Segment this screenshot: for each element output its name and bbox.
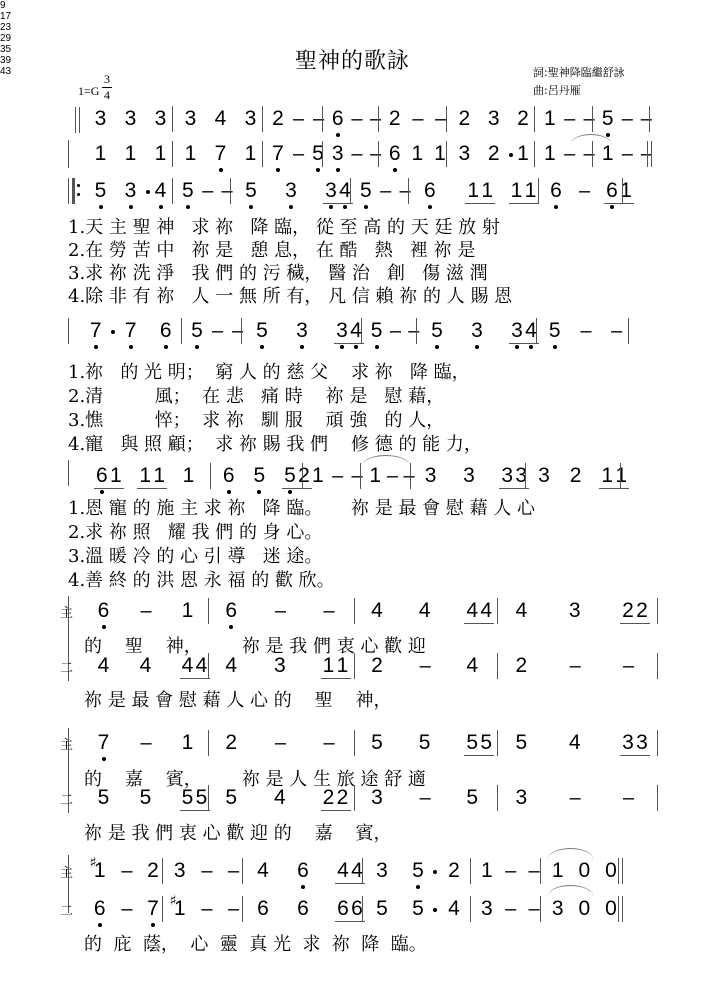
beam-underline (620, 623, 650, 624)
note-1: 1 (336, 655, 350, 677)
note-6: 6 (388, 143, 402, 165)
note-0: 0 (577, 898, 591, 920)
dash-extender: – (275, 732, 286, 754)
note-1: 1 (181, 600, 195, 622)
dash-extender: – (564, 143, 575, 165)
dash-extender: – (611, 320, 622, 342)
barline (360, 463, 361, 489)
note-3: 3 (568, 600, 582, 622)
note-6: 6 (549, 180, 563, 202)
dash-extender: – (564, 108, 575, 130)
barline (172, 141, 173, 167)
note-2: 2 (370, 655, 384, 677)
note-1: 1 (94, 143, 108, 165)
note-2: 2 (457, 108, 471, 130)
dash-extender: – (121, 860, 132, 882)
lyric-line-upper: 的 聖 神， 祢 是 我 們 衷 心 歡 迎 (84, 632, 426, 658)
note-6: 6 (296, 898, 310, 920)
augmentation-dot (146, 190, 150, 194)
barline (230, 178, 231, 204)
dash-extender: – (324, 600, 335, 622)
note-3: 3 (551, 898, 565, 920)
note-3: 3 (635, 732, 649, 754)
note-3: 3 (331, 143, 345, 165)
barline (536, 318, 537, 344)
note-3: 3 (375, 860, 389, 882)
barline (534, 141, 535, 167)
note-2: 2 (569, 465, 583, 487)
note-2: 2 (146, 860, 160, 882)
note-3: 3 (324, 180, 338, 202)
note-5: 5 (255, 320, 269, 342)
lyric-line-verse-1: 1.恩 寵 的 施 主 求 祢 降 臨。 祢 是 最 會 慰 藉 人 心 (68, 494, 535, 520)
note-5: 5 (370, 320, 384, 342)
dash-extender: – (228, 898, 239, 920)
note-1: 1 (410, 143, 424, 165)
beam-underline (620, 755, 650, 756)
barline (378, 141, 379, 167)
barline (354, 730, 355, 756)
note-2: 2 (635, 600, 649, 622)
barline (534, 106, 535, 132)
barline (540, 858, 541, 884)
note-3: 3 (173, 860, 187, 882)
voice-label-main: 主 (60, 862, 73, 881)
beam-underline (509, 203, 539, 204)
note-6: 6 (605, 180, 619, 202)
dash-extender: – (505, 860, 516, 882)
note-5: 5 (244, 180, 258, 202)
note-1: 1 (181, 732, 195, 754)
note-6: 6 (423, 180, 437, 202)
bar-number: 9 (0, 0, 705, 11)
beam-underline (464, 755, 494, 756)
note-4: 4 (465, 655, 479, 677)
note-4: 4 (97, 655, 111, 677)
beam-underline (465, 203, 495, 204)
note-1: 1 (516, 143, 530, 165)
note-2: 2 (271, 108, 285, 130)
note-1: 1 (152, 465, 166, 487)
lyric-line-upper: 的 嘉 賓， 祢 是 人 生 旅 途 舒 適 (84, 765, 426, 791)
dash-extender: – (623, 655, 634, 677)
dash-extender: – (212, 320, 223, 342)
dash-extender: – (435, 108, 446, 130)
barline (242, 896, 243, 922)
note-3: 3 (500, 465, 514, 487)
lyric-line-verse-2: 2.求 祢 照 耀 我 們 的 身 心。 (68, 518, 322, 544)
note-1: 1 (601, 143, 615, 165)
note-6: 6 (224, 600, 238, 622)
note-5: 5 (190, 320, 204, 342)
dash-extender: – (141, 732, 152, 754)
note-2: 2 (447, 860, 461, 882)
note-4: 4 (256, 860, 270, 882)
lyric-line-lower: 祢 是 最 會 慰 藉 人 心 的 聖 神， (84, 686, 392, 712)
note-7: 7 (89, 320, 103, 342)
note-2: 2 (621, 600, 635, 622)
barline (620, 463, 621, 489)
note-0: 0 (604, 898, 618, 920)
note-1: 1 (322, 655, 336, 677)
note-6: 6 (95, 465, 109, 487)
note-0: 0 (604, 860, 618, 882)
dash-extender: – (408, 320, 419, 342)
lyric-line: 的 庇 蔭， 心 靈 真 光 求 祢 降 臨。 (84, 930, 427, 956)
barline (210, 463, 211, 489)
voice-label-main: 主 (60, 602, 73, 621)
augmentation-dot (433, 908, 437, 912)
lyricist-credit: 詞:聖神降臨繼舒詠 (533, 64, 625, 80)
dash-extender: – (202, 180, 213, 202)
lyric-line-verse-3: 3.憔 悴； 求 祢 馴 服 頑 強 的 人， (68, 406, 444, 432)
barline (497, 653, 498, 679)
note-1: 1 (543, 143, 557, 165)
note-7: 7 (214, 143, 228, 165)
barline (162, 858, 163, 884)
beam-underline (323, 203, 353, 204)
dash-extender: – (380, 180, 391, 202)
beam-underline (321, 810, 351, 811)
barline (378, 106, 379, 132)
note-3: 3 (462, 465, 476, 487)
note-4: 4 (370, 600, 384, 622)
barline (657, 653, 658, 679)
dash-extender: – (579, 180, 590, 202)
barline (446, 141, 447, 167)
note-2: 2 (516, 108, 530, 130)
note-2: 2 (224, 732, 238, 754)
barline (592, 106, 593, 132)
note-7: 7 (146, 898, 160, 920)
barline (241, 318, 242, 344)
final-barline (618, 896, 623, 922)
final-barline (618, 858, 623, 884)
note-3: 3 (470, 320, 484, 342)
note-7: 7 (124, 320, 138, 342)
beam-underline (334, 343, 364, 344)
barline (497, 598, 498, 624)
barline (172, 178, 173, 204)
tie-slur (548, 885, 593, 896)
note-7: 7 (271, 143, 285, 165)
dash-extender: – (293, 108, 304, 130)
lyric-line-verse-4: 4.除 非 有 祢 人 一 無 所 有， 凡 信 賴 祢 的 人 賜 恩 (68, 282, 512, 308)
note-4: 4 (139, 655, 153, 677)
barline (350, 178, 351, 204)
barline (362, 858, 363, 884)
note-3: 3 (244, 108, 258, 130)
voice-label-second: 二 (60, 657, 73, 676)
time-signature: 3 4 (102, 73, 112, 102)
note-1: 1 (480, 860, 494, 882)
barline (525, 463, 526, 489)
beam-underline (282, 488, 312, 489)
dash-extender: – (529, 898, 540, 920)
note-3: 3 (480, 898, 494, 920)
note-6: 6 (336, 898, 350, 920)
barline (172, 106, 173, 132)
note-1: 1 (433, 143, 447, 165)
repeat-dot (77, 184, 80, 187)
lyric-line-verse-3: 3.溫 暖 冷 的 心 引 導 迷 途。 (68, 542, 322, 568)
note-1: 1 (600, 465, 614, 487)
beam-underline (604, 203, 634, 204)
barline (628, 318, 629, 344)
barline (416, 318, 417, 344)
note-1: 1 (138, 465, 152, 487)
note-5: 5 (375, 898, 389, 920)
final-barline (647, 141, 652, 167)
note-5: 5 (370, 732, 384, 754)
start-double-barline (75, 107, 80, 133)
dash-extender: – (387, 465, 398, 487)
voice-label-second: 二 (60, 900, 73, 919)
beam-underline (180, 810, 210, 811)
note-3: 3 (154, 108, 168, 130)
note-1: 1 (154, 143, 168, 165)
note-6: 6 (331, 108, 345, 130)
barline (470, 858, 471, 884)
system-line (68, 318, 69, 344)
barline (540, 896, 541, 922)
dash-extender: – (351, 108, 362, 130)
dash-extender: – (370, 108, 381, 130)
dash-extender: – (570, 787, 581, 809)
bar-number: 17 (0, 11, 705, 22)
dash-extender: – (580, 320, 591, 342)
note-3: 3 (295, 320, 309, 342)
note-1: 1 (182, 465, 196, 487)
note-3: 3 (284, 180, 298, 202)
note-1: 1 (543, 108, 557, 130)
barline (470, 896, 471, 922)
note-4: 4 (479, 600, 493, 622)
note-7: 7 (97, 732, 111, 754)
dash-extender: – (228, 860, 239, 882)
bar-number: 23 (0, 22, 705, 33)
voice-label-main: 主 (60, 734, 73, 753)
note-5: 5 (94, 180, 108, 202)
note-5: 5 (601, 108, 615, 130)
note-4: 4 (224, 655, 238, 677)
note-6: 6 (93, 898, 107, 920)
dash-extender: – (529, 860, 540, 882)
dash-extender: – (370, 143, 381, 165)
note-1: 1 (184, 143, 198, 165)
note-5: 5 (359, 180, 373, 202)
note-2: 2 (297, 465, 311, 487)
sharp-sign: ♯ (170, 893, 177, 909)
dash-extender: – (141, 600, 152, 622)
dash-extender: – (351, 143, 362, 165)
note-1: 1 (124, 143, 138, 165)
system-line (68, 140, 69, 168)
beam-underline (94, 488, 124, 489)
note-0: 0 (577, 860, 591, 882)
dash-extender: – (570, 655, 581, 677)
composer-credit: 曲:呂丹雁 (533, 82, 581, 98)
note-1: 1 (244, 143, 258, 165)
tie-slur (362, 455, 410, 466)
note-5: 5 (411, 898, 425, 920)
note-4: 4 (181, 655, 195, 677)
lyric-line-verse-2: 2.清 風； 在 悲 痛 時 祢 是 慰 藉， (68, 382, 444, 408)
lyric-line-lower: 祢 是 我 們 衷 心 歡 迎 的 嘉 賓， (84, 819, 392, 845)
beam-underline (335, 921, 365, 922)
barline (322, 141, 323, 167)
note-5: 5 (418, 732, 432, 754)
dash-extender: – (622, 108, 633, 130)
note-3: 3 (335, 320, 349, 342)
note-1: 1 (551, 860, 565, 882)
note-6: 6 (256, 898, 270, 920)
note-4: 4 (447, 898, 461, 920)
key-signature: 1=G (78, 84, 99, 99)
dash-extender: – (420, 655, 431, 677)
note-3: 3 (124, 108, 138, 130)
note-1: 1 (311, 465, 325, 487)
note-5: 5 (465, 732, 479, 754)
note-3: 3 (273, 655, 287, 677)
note-1: 1 (524, 180, 538, 202)
note-3: 3 (510, 320, 524, 342)
lyric-line-verse-1: 1.祢 的 光 明； 窮 人 的 慈 父 求 祢 降 臨， (68, 358, 470, 384)
note-6: 6 (222, 465, 236, 487)
system-line (68, 460, 69, 486)
note-2: 2 (514, 655, 528, 677)
beam-underline (464, 623, 494, 624)
dash-extender: – (275, 600, 286, 622)
barline (446, 106, 447, 132)
repeat-start-barline (68, 178, 75, 204)
dash-extender: – (623, 787, 634, 809)
barline (262, 141, 263, 167)
note-2: 2 (388, 108, 402, 130)
note-4: 4 (465, 600, 479, 622)
dash-extender: – (121, 898, 132, 920)
note-4: 4 (568, 732, 582, 754)
dash-extender: – (201, 898, 212, 920)
note-5: 5 (411, 860, 425, 882)
dash-extender: – (390, 320, 401, 342)
note-5: 5 (181, 180, 195, 202)
note-3: 3 (487, 108, 501, 130)
repeat-dot (77, 193, 80, 196)
note-1: 1 (368, 465, 382, 487)
dash-extender: – (324, 732, 335, 754)
note-5: 5 (283, 465, 297, 487)
beam-underline (509, 343, 539, 344)
beam-underline (321, 678, 351, 679)
note-5: 5 (548, 320, 562, 342)
note-1: 1 (466, 180, 480, 202)
note-3: 3 (424, 465, 438, 487)
note-3: 3 (514, 787, 528, 809)
barline (408, 178, 409, 204)
dash-extender: – (412, 108, 423, 130)
barline (208, 730, 209, 756)
note-3: 3 (184, 108, 198, 130)
dash-extender: – (622, 143, 633, 165)
note-5: 5 (465, 787, 479, 809)
note-6: 6 (159, 320, 173, 342)
barline (538, 178, 539, 204)
note-1: 1 (109, 465, 123, 487)
barline (361, 318, 362, 344)
barline (497, 785, 498, 811)
note-3: 3 (94, 108, 108, 130)
note-2: 2 (487, 143, 501, 165)
beam-underline (335, 883, 365, 884)
lyric-line-verse-4: 4.寵 與 照 顧； 求 祢 賜 我 們 修 德 的 能 力， (68, 430, 482, 456)
note-1: 1 (614, 465, 628, 487)
beam-underline (599, 488, 629, 489)
barline (262, 106, 263, 132)
barline (410, 463, 411, 489)
barline (354, 598, 355, 624)
dash-extender: – (505, 898, 516, 920)
sharp-sign: ♯ (90, 855, 97, 871)
note-1: 1 (480, 180, 494, 202)
note-4: 4 (336, 860, 350, 882)
note-6: 6 (97, 600, 111, 622)
lyric-line-verse-4: 4.善 終 的 洪 恩 永 福 的 歡 欣。 (68, 566, 335, 592)
note-5: 5 (514, 732, 528, 754)
barline (622, 178, 623, 204)
barline (657, 785, 658, 811)
note-3: 3 (621, 732, 635, 754)
barline (657, 730, 658, 756)
dash-extender: – (293, 143, 304, 165)
barline (162, 896, 163, 922)
barline (497, 730, 498, 756)
barline (302, 463, 303, 489)
voice-label-second: 二 (60, 789, 73, 808)
note-5: 5 (252, 465, 266, 487)
barline (208, 598, 209, 624)
barline (322, 106, 323, 132)
note-5: 5 (430, 320, 444, 342)
barline (242, 858, 243, 884)
augmentation-dot (433, 870, 437, 874)
barline (657, 598, 658, 624)
time-signature-top: 3 (102, 73, 112, 86)
augmentation-dot (111, 330, 115, 334)
augmentation-dot (509, 153, 513, 157)
beam-underline (137, 488, 167, 489)
tie-slur (548, 848, 593, 859)
note-3: 3 (457, 143, 471, 165)
note-1: 1 (510, 180, 524, 202)
bar-number: 29 (0, 33, 705, 44)
dash-extender: – (201, 860, 212, 882)
time-signature-bottom: 4 (102, 89, 112, 102)
note-4: 4 (514, 600, 528, 622)
note-4: 4 (214, 108, 228, 130)
barline (649, 106, 650, 132)
note-5: 5 (479, 732, 493, 754)
barline (181, 318, 182, 344)
beam-underline (180, 678, 210, 679)
dash-extender: – (332, 465, 343, 487)
note-4: 4 (418, 600, 432, 622)
note-6: 6 (296, 860, 310, 882)
note-3: 3 (537, 465, 551, 487)
note-3: 3 (124, 180, 138, 202)
barline (362, 896, 363, 922)
note-4: 4 (154, 180, 168, 202)
